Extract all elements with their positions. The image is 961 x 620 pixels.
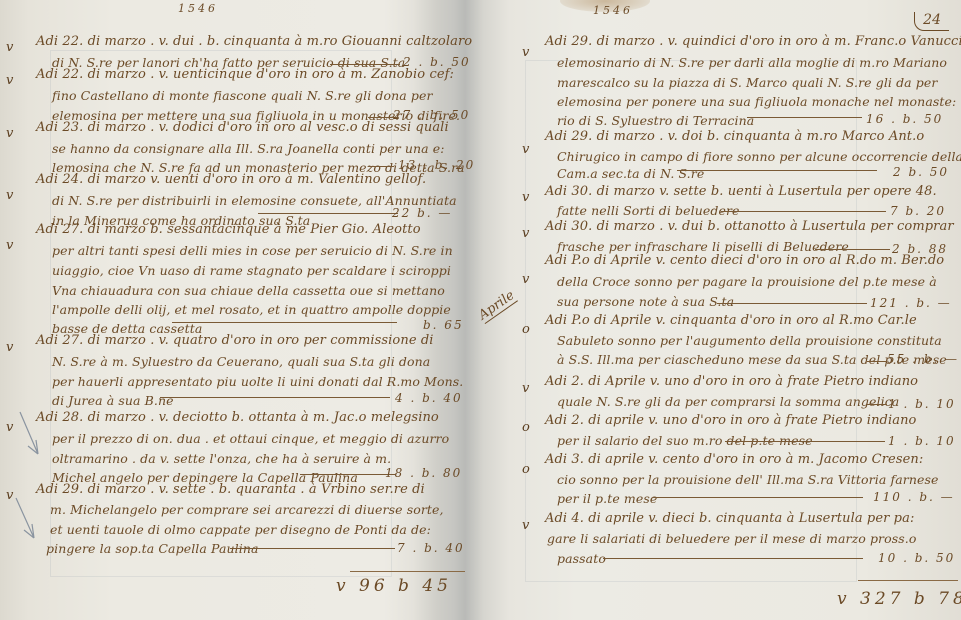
entry-mark: v (522, 272, 529, 287)
entry-line: Cam.a sec.ta di N. S.re (557, 166, 704, 181)
entry-amount: 7 . b. 40 (397, 541, 465, 555)
entry-amount: 110 . b. — (873, 490, 955, 504)
entry-line: Adi 27. di marzo . v. quatro d'oro in or… (36, 333, 434, 348)
line-rule (725, 441, 885, 442)
entry-line: Adi 29. di marzo . v. quindici d'oro in … (545, 34, 961, 49)
entry-mark: v (6, 73, 13, 88)
entry-line: pingere la sop.ta Capella Paulina (46, 541, 259, 556)
entry-amount: 18 . b. 80 (385, 466, 462, 480)
entry-mark: v (522, 142, 529, 157)
entry-line: Adi 2. di Aprile v. uno d'oro in oro à f… (545, 374, 918, 389)
manuscript-spread: 1546 v Adi 22. di marzo . v. dui . b. ci… (0, 0, 961, 620)
entry-line: quale N. S.re gli da per comprarsi la so… (557, 394, 899, 409)
entry-line: per il p.te mese (557, 491, 657, 506)
line-rule (867, 361, 887, 362)
entry-line: della Croce sonno per pagare la prouisio… (557, 274, 937, 289)
entry-line: Adi 28. di marzo . v. deciotto b. ottant… (36, 410, 439, 425)
entry-line: Adi P.o di Aprile v. cento dieci d'oro i… (545, 253, 944, 268)
entry-mark: v (6, 126, 13, 141)
entry-amount: 121 . b. — (870, 296, 952, 310)
folio-number: 24 (914, 12, 949, 31)
line-rule (368, 166, 394, 167)
entry-mark: o (522, 322, 530, 337)
entry-line: fatte nelli Sorti di beluedere (557, 203, 740, 218)
entry-line: Adi 3. di aprile v. cento d'oro in oro à… (545, 452, 923, 467)
line-rule (867, 404, 887, 405)
entry-amount: 10 . b. 50 (878, 551, 955, 565)
entry-line: elemosinario di N. S.re per darli alla m… (557, 55, 947, 70)
entry-line: et uenti tauole di olmo cappate per dise… (50, 522, 431, 537)
entry-line: Adi 24. di marzo v. uenti d'oro in oro à… (36, 172, 426, 187)
line-rule (160, 397, 390, 398)
entry-mark: v (6, 488, 13, 503)
line-rule (300, 474, 395, 475)
entry-amount: 22 b. — (392, 206, 452, 220)
entry-mark: v (6, 238, 13, 253)
entry-mark: v (522, 381, 529, 396)
entry-line: frasche per infraschare li piselli di Be… (557, 239, 849, 254)
margin-note-month: Aprile (476, 288, 518, 324)
entry-line: Sabuleto sonno per l'augumento della pro… (557, 333, 942, 348)
entry-line: Adi P.o di Aprile v. cinquanta d'oro in … (545, 313, 917, 328)
entry-amount: 55 . b. — (887, 352, 959, 366)
entry-amount: 1 . b. 10 (888, 434, 956, 448)
entry-mark: v (522, 190, 529, 205)
line-rule (747, 117, 862, 118)
entry-amount: b. 65 (423, 318, 464, 332)
arrow-down-icon (14, 496, 38, 542)
line-rule (717, 303, 867, 304)
entry-mark: v (6, 340, 13, 355)
entry-line: Adi 23. di marzo . v. dodici d'oro in or… (36, 120, 449, 135)
entry-line: oltramarino . da v. sette l'onza, che ha… (52, 451, 391, 466)
entry-line: elemosina per ponere una sua figliuola m… (557, 94, 956, 109)
entry-line: Adi 29. di marzo . v. sette . b. quarant… (36, 482, 425, 497)
entry-line: Chirugico in campo di fiore sonno per al… (557, 149, 961, 164)
page-total: v 96 b 45 (336, 576, 452, 596)
entry-line: rio di S. Syluestro di Terracina (557, 113, 754, 128)
total-rule (858, 580, 958, 581)
total-rule (350, 571, 465, 572)
entry-amount: 2 b. 50 (893, 165, 949, 179)
entry-line: m. Michelangelo per comprare sei arcarez… (50, 502, 444, 517)
right-page: 1546 24 v Adi 29. di marzo . v. quindici… (485, 0, 961, 620)
entry-line: sua persone note à sua S.ta (557, 294, 734, 309)
entry-amount: 7 b. 20 (890, 204, 946, 218)
line-rule (721, 211, 886, 212)
entry-line: cio sonno per la prouisione dell' Ill.ma… (557, 472, 939, 487)
page-year: 1546 (593, 4, 633, 17)
entry-mark: v (6, 40, 13, 55)
entry-line: N. S.re à m. Syluestro da Ceuerano, qual… (52, 354, 430, 369)
entry-line: uiaggio, cioe Vn uaso di rame stagnato p… (52, 263, 451, 278)
entry-line: Adi 22. di marzo . v. uenticinque d'oro … (36, 67, 454, 82)
entry-line: Adi 30. di marzo v. sette b. uenti à Lus… (545, 184, 937, 199)
page-year: 1546 (178, 2, 218, 15)
entry-line: marescalco su la piazza di S. Marco qual… (557, 75, 938, 90)
line-rule (330, 64, 400, 65)
entry-line: Adi 27. di marzo b. sessantacinque à me … (36, 222, 421, 237)
line-rule (230, 548, 395, 549)
entry-line: passato (557, 551, 606, 566)
left-page: 1546 v Adi 22. di marzo . v. dui . b. ci… (0, 0, 470, 620)
line-rule (677, 170, 877, 171)
entry-line: per altri tanti spesi delli mies in cose… (52, 243, 453, 258)
entry-mark: v (6, 420, 13, 435)
entry-line: Adi 2. di aprile v. uno d'oro in oro à f… (545, 413, 916, 428)
entry-line: per hauerli appresentato piu uolte li ui… (52, 374, 463, 389)
entry-line: Adi 4. di aprile v. dieci b. cinquanta à… (545, 511, 914, 526)
entry-mark: v (522, 45, 529, 60)
line-rule (603, 558, 863, 559)
page-total: v 327 b 78 (837, 589, 961, 609)
entry-line: Adi 30. di marzo . v. dui b. ottanotto à… (545, 219, 954, 234)
entry-line: l'ampolle delli olij, et mel rosato, et … (52, 302, 451, 317)
entry-amount: 13 . b. 20 (398, 158, 475, 172)
entry-mark: v (522, 518, 529, 533)
entry-mark: v (6, 188, 13, 203)
entry-line: gare li salariati di beluedere per il me… (547, 531, 917, 546)
line-rule (258, 213, 398, 214)
entry-line: per il prezzo di on. dua . et ottaui cin… (52, 431, 449, 446)
entry-line: Adi 29. di marzo . v. doi b. cinquanta à… (545, 129, 924, 144)
entry-line: di Jurea à sua B.ne (52, 393, 174, 408)
entry-mark: o (522, 420, 530, 435)
line-rule (815, 249, 890, 250)
entry-amount: 1 . b. 10 (888, 397, 956, 411)
entry-line: se hanno da consignare alla Ill. S.ra Jo… (52, 141, 445, 156)
entry-amount: 4 . b. 40 (395, 391, 463, 405)
entry-line: Adi 22. di marzo . v. dui . b. cinquanta… (36, 34, 472, 49)
line-rule (653, 497, 863, 498)
entry-mark: v (522, 226, 529, 241)
entry-line: fino Castellano di monte fiascone quali … (52, 88, 433, 103)
line-rule (172, 322, 397, 323)
entry-amount: 16 . b. 50 (866, 112, 943, 126)
entry-mark: o (522, 462, 530, 477)
entry-line: Vna chiauadura con sua chiaue della cass… (52, 283, 445, 298)
